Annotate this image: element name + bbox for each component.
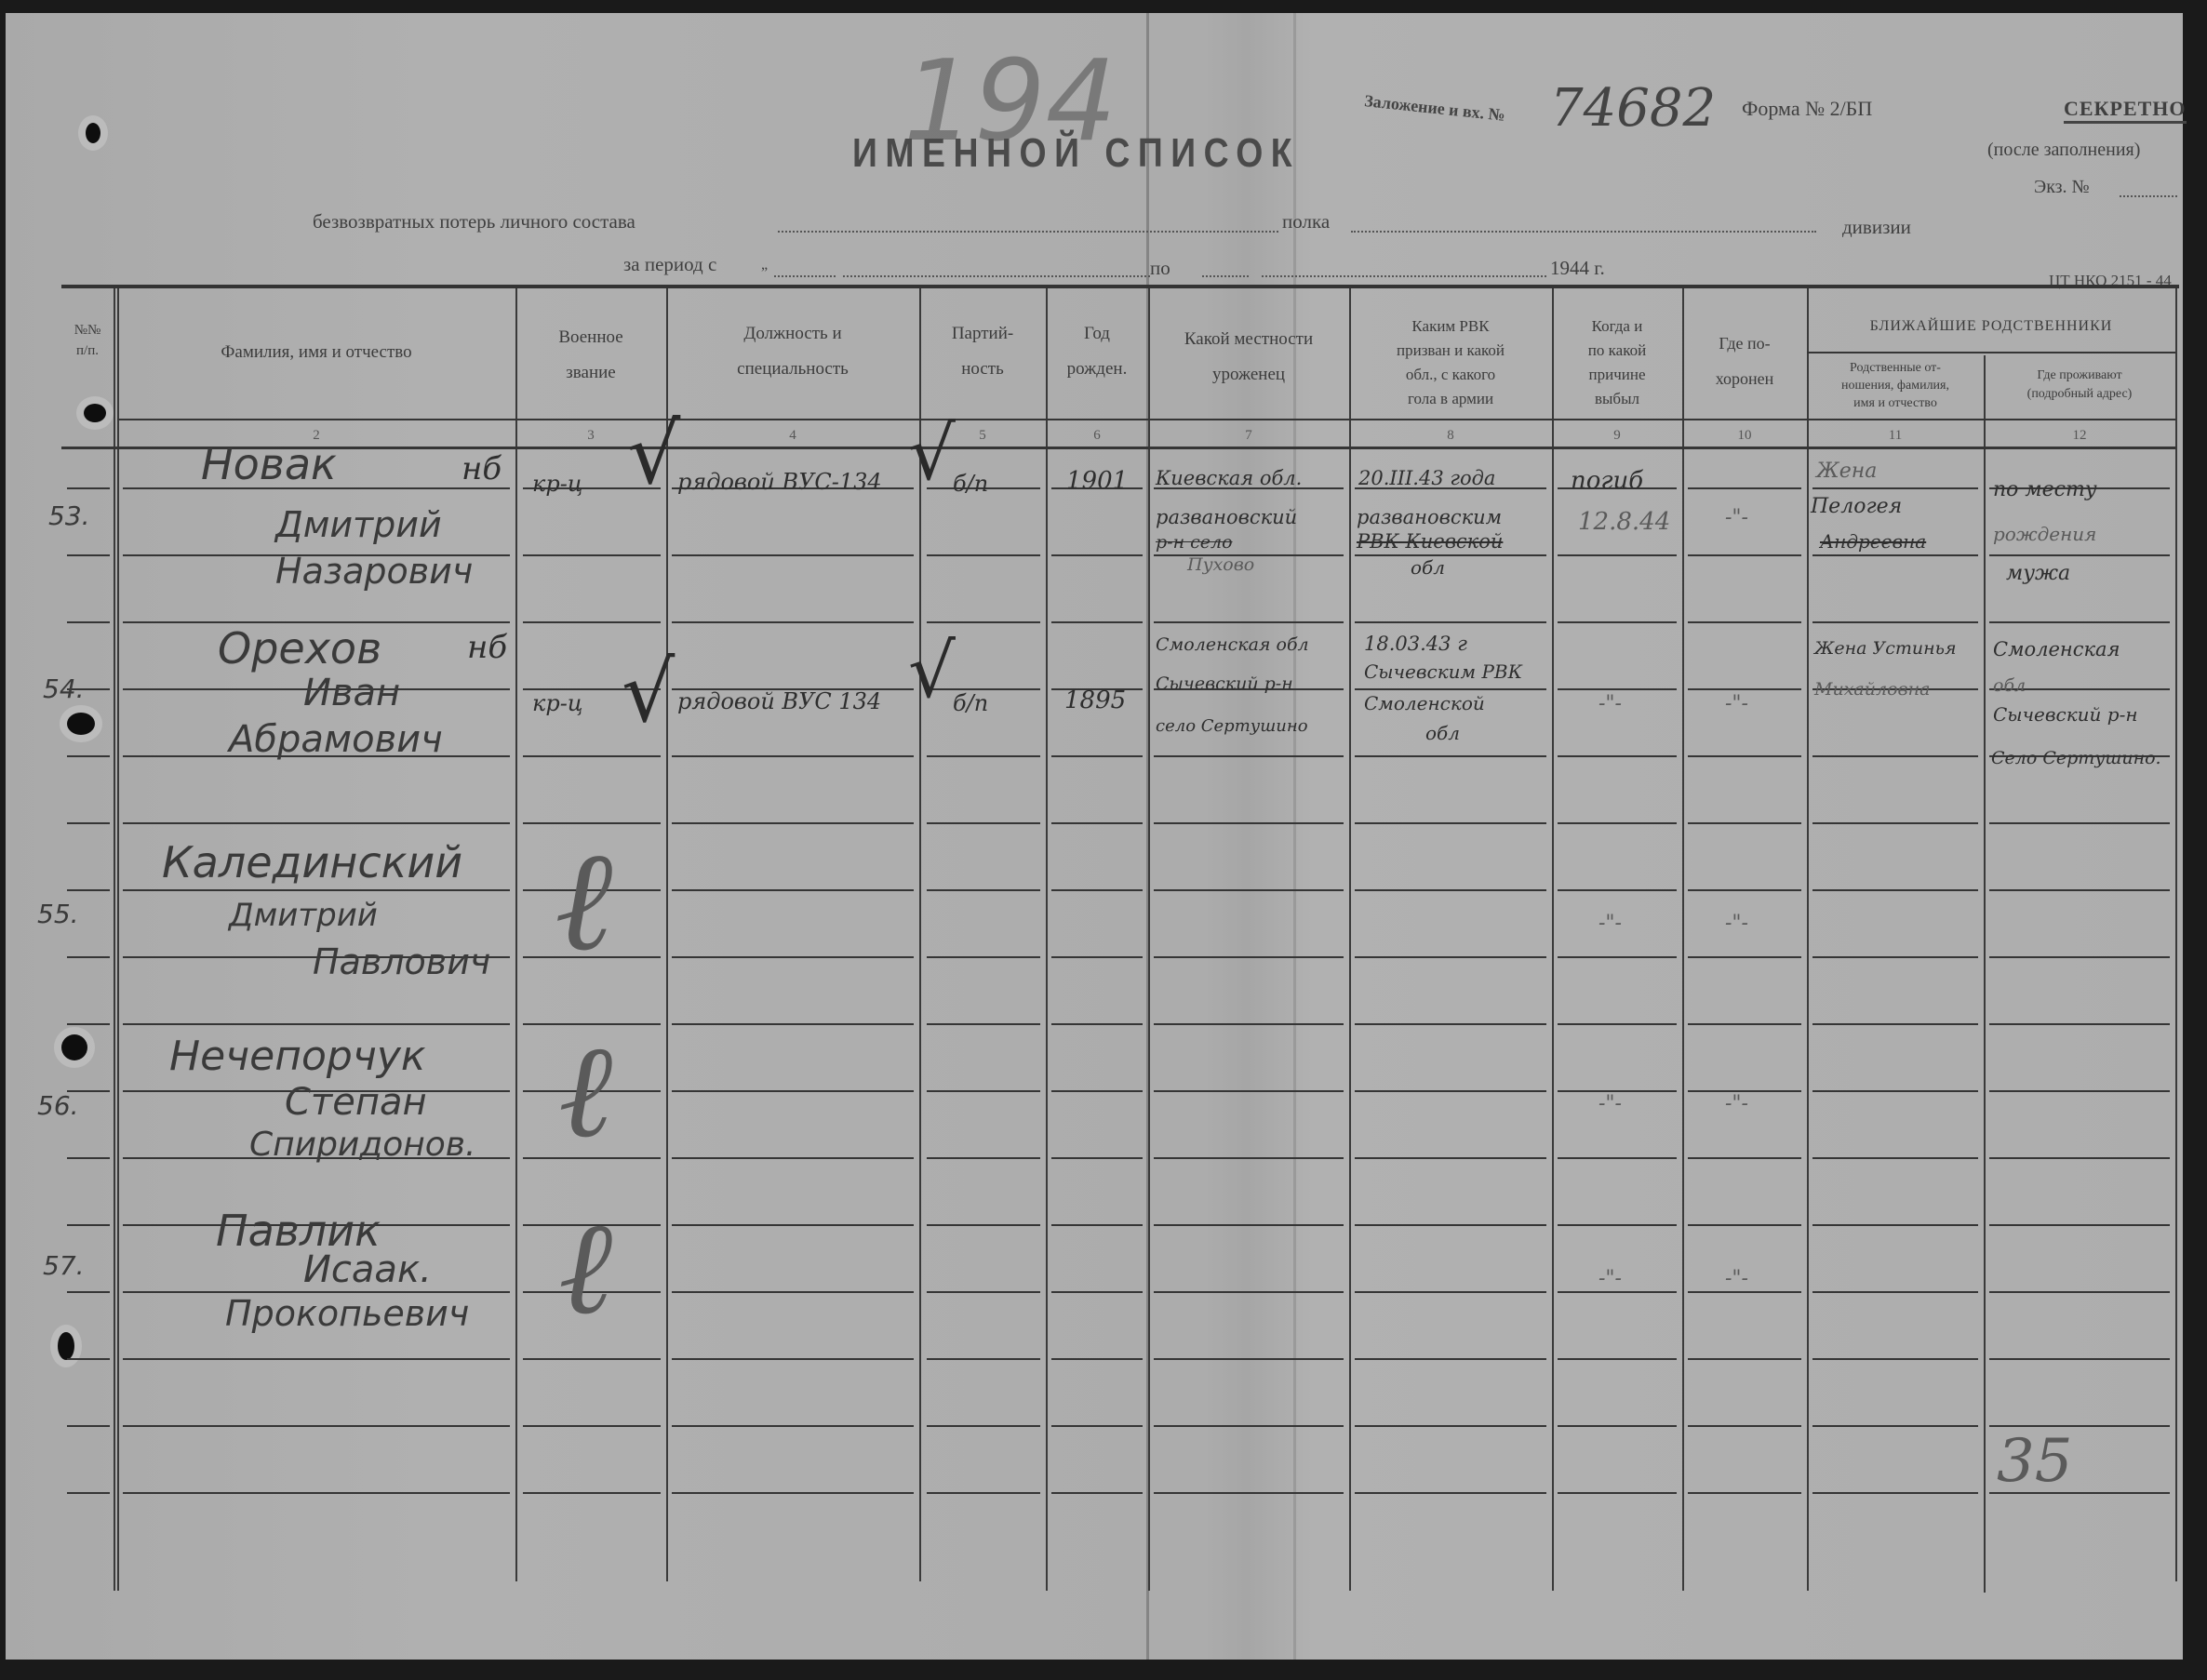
- punch-hole: [61, 1034, 87, 1060]
- ruled-line: [1989, 621, 2170, 623]
- ruled-line: [1051, 1157, 1143, 1159]
- checkmark-icon: √: [627, 413, 680, 497]
- table-top-rule: [61, 285, 2179, 288]
- ruled-line: [1355, 1090, 1546, 1092]
- ruled-line: [927, 1291, 1040, 1293]
- address-line3: Сычевский р-н: [1993, 703, 2138, 726]
- ruled-line: [927, 889, 1040, 891]
- ruled-line: [1154, 1023, 1344, 1025]
- ruled-line: [1812, 487, 1978, 489]
- row-number: 54.: [43, 673, 85, 704]
- ruled-line: [1688, 1358, 1801, 1360]
- margin-mark: нб: [467, 629, 507, 666]
- ruled-line: [1051, 956, 1143, 958]
- ruled-line: [1812, 755, 1978, 757]
- ruled-line: [1812, 1425, 1978, 1427]
- burial-place: -"-: [1725, 1267, 1748, 1290]
- ruled-line: [1558, 822, 1677, 824]
- col-divider: [1552, 288, 1554, 1591]
- death-date: 12.8.44: [1578, 508, 1670, 536]
- colnum-9: 9: [1552, 428, 1682, 444]
- colnum-12: 12: [1984, 428, 2175, 444]
- ruled-line: [927, 1425, 1040, 1427]
- draft-line2: развановским: [1357, 506, 1502, 528]
- burial-place: -"-: [1725, 692, 1748, 715]
- ruled-line: [1051, 1425, 1143, 1427]
- rank: кр-ц: [532, 471, 583, 497]
- first-name: Иван: [303, 672, 400, 714]
- col3-header: Военноезвание: [515, 320, 666, 391]
- ruled-line: [1688, 1425, 1801, 1427]
- relative-line3: Андреевна: [1820, 530, 1926, 553]
- period-end-day-field: [1202, 275, 1249, 277]
- position: рядовой ВУС-134: [677, 469, 882, 495]
- draft-line3: Смоленской: [1364, 692, 1485, 714]
- col1-header: №№п/п.: [61, 320, 114, 361]
- ruled-line: [67, 554, 110, 556]
- ruled-line: [67, 487, 110, 489]
- party: б/п: [953, 690, 988, 716]
- address-line2: рождения: [1993, 523, 2096, 545]
- col-divider: [1984, 355, 1986, 1593]
- col-divider: [1046, 288, 1048, 1591]
- fold-crease: [1293, 13, 1296, 1660]
- period-start-day-field: [774, 275, 836, 277]
- ruled-line: [523, 1492, 661, 1494]
- ruled-line: [1355, 889, 1546, 891]
- ruled-line: [1154, 621, 1344, 623]
- burial-place: -"-: [1725, 506, 1748, 529]
- colnum-7: 7: [1148, 428, 1349, 444]
- col-divider: [1807, 288, 1809, 1591]
- ruled-line: [1558, 1224, 1677, 1226]
- relative-line1: Жена Устинья: [1814, 638, 1957, 659]
- first-name: Дмитрий: [229, 897, 378, 934]
- ruled-line: [927, 1358, 1040, 1360]
- ruled-line: [927, 1492, 1040, 1494]
- ruled-line: [927, 1224, 1040, 1226]
- ruled-line: [123, 1492, 510, 1494]
- ruled-line: [1051, 1023, 1143, 1025]
- party: б/п: [953, 471, 988, 497]
- address-line2: обл: [1993, 675, 2026, 696]
- ruled-line: [927, 1157, 1040, 1159]
- ruled-line: [1989, 1224, 2170, 1226]
- ruled-line: [523, 1358, 661, 1360]
- draft-line3: РВК Киевской: [1357, 530, 1503, 553]
- ruled-line: [1355, 956, 1546, 958]
- document-page: 194 ИМЕННОЙ СПИСОК Заложение и вх. № 746…: [6, 13, 2183, 1660]
- relative-line2: Пелогея: [1811, 495, 1902, 518]
- ruled-line: [1688, 1224, 1801, 1226]
- pencil-mark-icon: ℓ: [558, 1027, 612, 1157]
- relatives-group-header: БЛИЖАЙШИЕ РОДСТВЕННИКИ: [1807, 313, 2175, 340]
- ruled-line: [1558, 688, 1677, 690]
- ruled-line: [1989, 956, 2170, 958]
- ruled-line: [1688, 621, 1801, 623]
- ruled-line: [1558, 1358, 1677, 1360]
- address-line1: Смоленская: [1993, 638, 2120, 660]
- surname: Орехов: [218, 623, 381, 673]
- ruled-line: [67, 1157, 110, 1159]
- ruled-line: [1812, 1358, 1978, 1360]
- ruled-line: [1051, 755, 1143, 757]
- col12-header: Где проживают(подробный адрес): [1984, 367, 2175, 404]
- ruled-line: [1558, 956, 1677, 958]
- relative-line2: Михайловна: [1814, 679, 1930, 700]
- birthplace-line3: село Сертушино: [1156, 716, 1308, 736]
- ruled-line: [1688, 822, 1801, 824]
- col-divider: [2175, 288, 2177, 1581]
- period-quote-open: „: [761, 257, 768, 273]
- ruled-line: [67, 1358, 110, 1360]
- ruled-line: [1051, 822, 1143, 824]
- ruled-line: [1558, 889, 1677, 891]
- punch-hole: [84, 404, 106, 422]
- punch-hole: [67, 713, 95, 735]
- ruled-line: [67, 956, 110, 958]
- ruled-line: [927, 822, 1040, 824]
- col11-header: Родственные от-ношения, фамилия,имя и от…: [1807, 359, 1984, 412]
- ruled-line: [1355, 1425, 1546, 1427]
- ruled-line: [927, 621, 1040, 623]
- ruled-line: [1812, 554, 1978, 556]
- death-reason: -"-: [1598, 1092, 1622, 1115]
- ruled-line: [1154, 1291, 1344, 1293]
- relative-line1: Жена: [1816, 460, 1877, 483]
- ruled-line: [1154, 889, 1344, 891]
- surname: Калединский: [162, 837, 462, 887]
- secrecy-note: (после заполнения): [1987, 140, 2140, 161]
- ruled-line: [1688, 487, 1801, 489]
- ruled-line: [1051, 1358, 1143, 1360]
- birth-year: 1901: [1066, 467, 1128, 495]
- patronymic: Спиридонов.: [249, 1126, 475, 1164]
- copy-number-label: Экз. №: [2034, 177, 2090, 198]
- ruled-line: [1154, 1224, 1344, 1226]
- ruled-line: [1051, 1291, 1143, 1293]
- ruled-line: [1688, 956, 1801, 958]
- ruled-line: [672, 956, 914, 958]
- ruled-line: [1812, 1291, 1978, 1293]
- incoming-number: 74682: [1550, 78, 1716, 139]
- birthplace-line2: Сычевский р-н: [1156, 673, 1293, 694]
- ruled-line: [672, 1090, 914, 1092]
- ruled-line: [1558, 1425, 1677, 1427]
- ruled-line: [1989, 554, 2170, 556]
- ruled-line: [523, 755, 661, 757]
- col-divider: [1682, 288, 1684, 1591]
- ruled-line: [1355, 688, 1546, 690]
- first-name: Исаак.: [303, 1248, 432, 1291]
- birth-year: 1895: [1064, 687, 1126, 714]
- birthplace-line1: Киевская обл.: [1156, 467, 1302, 489]
- ruled-line: [1355, 1023, 1546, 1025]
- ruled-line: [67, 1425, 110, 1427]
- patronymic: Абрамович: [229, 718, 443, 761]
- position: рядовой ВУС 134: [677, 688, 881, 714]
- header-bottom-rule: [117, 419, 2175, 420]
- row-number: 53.: [48, 500, 90, 531]
- ruled-line: [672, 554, 914, 556]
- ruled-line: [1154, 1492, 1344, 1494]
- checkmark-icon: √: [908, 634, 956, 709]
- ruled-line: [1812, 1157, 1978, 1159]
- ruled-line: [123, 1358, 510, 1360]
- period-year: 1944 г.: [1550, 257, 1605, 280]
- period-to-label: по: [1150, 257, 1170, 280]
- col6-header: Годрожден.: [1046, 316, 1148, 387]
- ruled-line: [67, 755, 110, 757]
- colnum-8: 8: [1349, 428, 1552, 444]
- burial-place: -"-: [1725, 1092, 1748, 1115]
- ruled-line: [1812, 956, 1978, 958]
- ruled-line: [123, 822, 510, 824]
- ruled-line: [672, 1291, 914, 1293]
- colnum-11: 11: [1807, 428, 1984, 444]
- ruled-line: [1989, 1023, 2170, 1025]
- page-title: ИМЕННОЙ СПИСОК: [852, 130, 1300, 177]
- ruled-line: [1558, 554, 1677, 556]
- ruled-line: [1355, 1492, 1546, 1494]
- col-divider: [1349, 288, 1351, 1591]
- col5-header: Партий-ность: [919, 316, 1046, 387]
- col-divider: [114, 288, 115, 1591]
- ruled-line: [1355, 755, 1546, 757]
- ruled-line: [1812, 822, 1978, 824]
- ruled-line: [672, 621, 914, 623]
- ruled-line: [1051, 1492, 1143, 1494]
- col-divider: [515, 288, 517, 1581]
- death-reason: -"-: [1598, 692, 1622, 715]
- ruled-line: [1051, 621, 1143, 623]
- col7-header: Какой местностиуроженец: [1148, 322, 1349, 393]
- ruled-line: [672, 1157, 914, 1159]
- ruled-line: [1355, 554, 1546, 556]
- ruled-line: [672, 1224, 914, 1226]
- address-line3: мужа: [2006, 562, 2070, 585]
- ruled-line: [1989, 822, 2170, 824]
- colnum-bottom-rule: [61, 447, 2175, 449]
- period-label: за период с: [623, 253, 716, 276]
- ruled-line: [927, 1090, 1040, 1092]
- ruled-line: [927, 755, 1040, 757]
- birthplace-line2: развановский: [1156, 506, 1297, 528]
- ruled-line: [1989, 1291, 2170, 1293]
- ruled-line: [927, 956, 1040, 958]
- ruled-line: [1154, 1358, 1344, 1360]
- row-number: 56.: [37, 1090, 79, 1121]
- ruled-line: [672, 1358, 914, 1360]
- ruled-line: [67, 621, 110, 623]
- ruled-line: [672, 755, 914, 757]
- ruled-line: [672, 889, 914, 891]
- ruled-line: [523, 554, 661, 556]
- ruled-line: [1812, 1492, 1978, 1494]
- ruled-line: [1051, 889, 1143, 891]
- col10-header: Где по-хоронен: [1682, 326, 1807, 396]
- ruled-line: [1154, 755, 1344, 757]
- ruled-line: [1688, 1492, 1801, 1494]
- row-number: 57.: [43, 1250, 85, 1281]
- col4-header: Должность испециальность: [666, 316, 919, 387]
- draft-line1: 20.III.43 года: [1358, 467, 1495, 489]
- burial-place: -"-: [1725, 912, 1748, 935]
- birthplace-line1: Смоленская обл: [1156, 634, 1309, 655]
- registry-stamp: Заложение и вх. №: [1363, 91, 1505, 126]
- ruled-line: [1812, 1224, 1978, 1226]
- ruled-line: [1989, 1157, 2170, 1159]
- pencil-mark-icon: ℓ: [558, 1204, 612, 1334]
- punch-hole: [58, 1332, 74, 1360]
- col-divider: [1148, 288, 1150, 1591]
- ruled-line: [1154, 1090, 1344, 1092]
- ruled-line: [1989, 1090, 2170, 1092]
- margin-mark: нб: [461, 450, 502, 487]
- ruled-line: [1355, 822, 1546, 824]
- checkmark-icon: √: [908, 417, 956, 491]
- ruled-line: [672, 822, 914, 824]
- surname: Нечепорчук: [169, 1033, 425, 1080]
- ruled-line: [1989, 889, 2170, 891]
- ruled-line: [1558, 1492, 1677, 1494]
- draft-line4: обл: [1425, 722, 1460, 744]
- rank: кр-ц: [532, 690, 583, 716]
- address-line1: по месту: [1993, 478, 2097, 501]
- ruled-line: [1558, 1023, 1677, 1025]
- address-line4: Село Сертушино.: [1991, 748, 2161, 768]
- ruled-line: [1154, 822, 1344, 824]
- subtitle-losses: безвозвратных потерь личного состава: [313, 210, 635, 233]
- ruled-line: [123, 889, 510, 891]
- ruled-line: [1355, 1224, 1546, 1226]
- group-header-rule: [1807, 352, 2175, 353]
- ruled-line: [1355, 1358, 1546, 1360]
- losses-field: [778, 231, 1278, 233]
- copy-number-field: [2120, 195, 2177, 197]
- regiment-field: [1351, 231, 1816, 233]
- col8-header: Каким РВКпризван и какойобл., с какогого…: [1349, 314, 1552, 411]
- patronymic: Назарович: [275, 551, 473, 592]
- death-reason: погиб: [1571, 467, 1643, 495]
- surname: Новак: [201, 439, 337, 489]
- patronymic: Прокопьевич: [225, 1293, 469, 1334]
- period-end-month-field: [1262, 275, 1546, 277]
- checkmark-icon: √: [622, 651, 675, 735]
- ruled-line: [1051, 554, 1143, 556]
- ruled-line: [523, 621, 661, 623]
- ruled-line: [1154, 956, 1344, 958]
- ruled-line: [67, 1492, 110, 1494]
- pencil-mark-icon: ℓ: [555, 832, 612, 971]
- ruled-line: [672, 1492, 914, 1494]
- ruled-line: [927, 1023, 1040, 1025]
- ruled-line: [1558, 755, 1677, 757]
- ruled-line: [1051, 1224, 1143, 1226]
- division-label: дивизии: [1842, 216, 1911, 239]
- ruled-line: [1812, 621, 1978, 623]
- ruled-line: [1051, 1090, 1143, 1092]
- ruled-line: [67, 1224, 110, 1226]
- death-reason: -"-: [1598, 912, 1622, 935]
- ruled-line: [1989, 1358, 2170, 1360]
- ruled-line: [672, 1425, 914, 1427]
- draft-line2: Сычевским РВК: [1364, 660, 1522, 683]
- ruled-line: [1688, 755, 1801, 757]
- ruled-line: [67, 822, 110, 824]
- col2-header: Фамилия, имя и отчество: [117, 335, 515, 370]
- row-number: 55.: [37, 899, 79, 929]
- ruled-line: [123, 1425, 510, 1427]
- ruled-line: [1688, 1291, 1801, 1293]
- patronymic: Павлович: [313, 941, 490, 982]
- ruled-line: [67, 889, 110, 891]
- death-reason: -"-: [1598, 1267, 1622, 1290]
- punch-hole: [86, 123, 100, 143]
- ruled-line: [67, 1291, 110, 1293]
- ruled-line: [927, 554, 1040, 556]
- ruled-line: [1688, 688, 1801, 690]
- ruled-line: [1812, 1090, 1978, 1092]
- ruled-line: [67, 1023, 110, 1025]
- draft-line4: обл: [1411, 556, 1445, 579]
- col9-header: Когда ипо какойпричиневыбыл: [1552, 314, 1682, 411]
- form-number: Форма № 2/БП: [1742, 97, 1872, 121]
- ruled-line: [1558, 1157, 1677, 1159]
- ruled-line: [1355, 621, 1546, 623]
- draft-line1: 18.03.43 г: [1364, 633, 1467, 655]
- ruled-line: [1688, 889, 1801, 891]
- birthplace-line3: р-н село: [1156, 532, 1233, 553]
- page-mark: 35: [1997, 1427, 2072, 1496]
- colnum-4: 4: [666, 428, 919, 444]
- colnum-10: 10: [1682, 428, 1807, 444]
- birthplace-line4: Пухово: [1187, 554, 1254, 575]
- secrecy-label: СЕКРЕТНО: [2064, 97, 2187, 124]
- ruled-line: [1688, 554, 1801, 556]
- first-name: Дмитрий: [275, 504, 442, 545]
- period-start-month-field: [843, 275, 1150, 277]
- ruled-line: [1688, 1023, 1801, 1025]
- ruled-line: [1558, 621, 1677, 623]
- ruled-line: [123, 1023, 510, 1025]
- ruled-line: [1812, 889, 1978, 891]
- ruled-line: [1688, 1157, 1801, 1159]
- ruled-line: [1355, 1157, 1546, 1159]
- ruled-line: [1812, 1023, 1978, 1025]
- ruled-line: [672, 1023, 914, 1025]
- ruled-line: [1355, 1291, 1546, 1293]
- ruled-line: [1558, 1291, 1677, 1293]
- first-name: Степан: [285, 1081, 427, 1124]
- ruled-line: [1154, 1425, 1344, 1427]
- regiment-label: полка: [1282, 210, 1330, 233]
- colnum-6: 6: [1046, 428, 1148, 444]
- col-divider: [117, 288, 119, 1591]
- ruled-line: [1154, 1157, 1344, 1159]
- ruled-line: [523, 1425, 661, 1427]
